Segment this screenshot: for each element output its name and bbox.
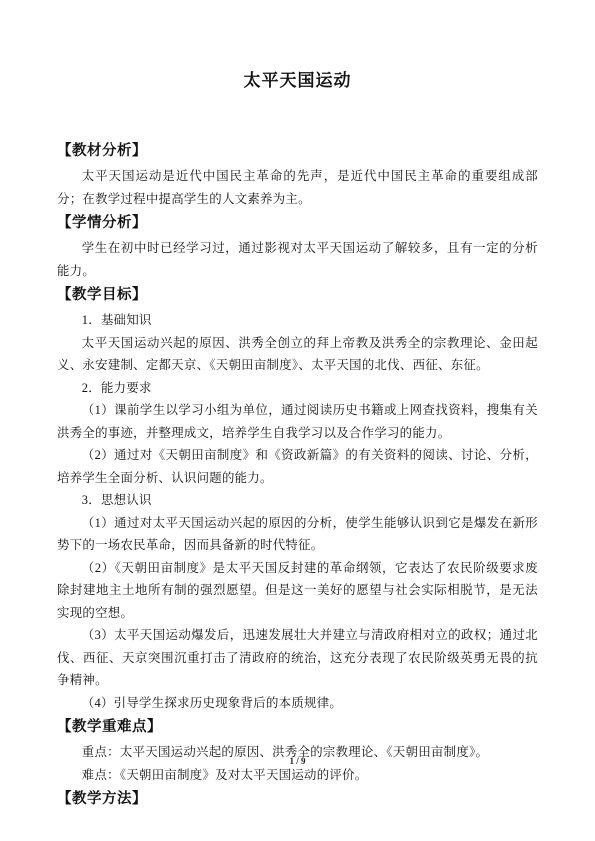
section-heading: 【学情分析】	[57, 210, 538, 237]
paragraph: （3）太平天国运动爆发后，迅速发展壮大并建立与清政府相对立的政权；通过北伐、西征…	[57, 624, 538, 692]
paragraph: （1）通过对太平天国运动兴起的原因的分析，使学生能够认识到它是爆发在新形势下的一…	[57, 512, 538, 557]
page-number: 1 / 9	[0, 756, 595, 766]
paragraph: 1．基础知识	[57, 309, 538, 332]
paragraph: （2）通过对《天朝田亩制度》和《资政新篇》的有关资料的阅读、讨论、分析，培养学生…	[57, 444, 538, 489]
paragraph: 太平天国运动是近代中国民主革命的先声，是近代中国民主革命的重要组成部分；在教学过…	[57, 165, 538, 210]
section-heading: 【教学重难点】	[57, 714, 538, 741]
paragraph: 2．能力要求	[57, 377, 538, 400]
document-page: 太平天国运动 【教材分析】 太平天国运动是近代中国民主革命的先声，是近代中国民主…	[0, 0, 595, 841]
section-heading: 【教材分析】	[57, 138, 538, 165]
paragraph: （1）课前学生以学习小组为单位，通过阅读历史书籍或上网查找资料，搜集有关洪秀全的…	[57, 399, 538, 444]
section-key-difficult-points: 【教学重难点】 重点：太平天国运动兴起的原因、洪秀全的宗教理论、《天朝田亩制度》…	[57, 714, 538, 786]
paragraph: （2）《天朝田亩制度》是太平天国反封建的革命纲领，它表达了农民阶级要求废除封建地…	[57, 557, 538, 625]
page-title: 太平天国运动	[57, 70, 538, 92]
section-teaching-objectives: 【教学目标】 1．基础知识 太平天国运动兴起的原因、洪秀全创立的拜上帝教及洪秀全…	[57, 282, 538, 714]
section-learner-analysis: 【学情分析】 学生在初中时已经学习过，通过影视对太平天国运动了解较多，且有一定的…	[57, 210, 538, 282]
section-teaching-methods: 【教学方法】	[57, 786, 538, 813]
section-textbook-analysis: 【教材分析】 太平天国运动是近代中国民主革命的先声，是近代中国民主革命的重要组成…	[57, 138, 538, 210]
paragraph: 太平天国运动兴起的原因、洪秀全创立的拜上帝教及洪秀全的宗教理论、金田起义、永安建…	[57, 332, 538, 377]
section-heading: 【教学目标】	[57, 282, 538, 309]
paragraph: （4）引导学生探求历史现象背后的本质规律。	[57, 692, 538, 715]
paragraph: 学生在初中时已经学习过，通过影视对太平天国运动了解较多，且有一定的分析能力。	[57, 237, 538, 282]
paragraph: 难点：《天朝田亩制度》及对太平天国运动的评价。	[57, 764, 538, 787]
paragraph: 3．思想认识	[57, 489, 538, 512]
section-heading: 【教学方法】	[57, 786, 538, 813]
